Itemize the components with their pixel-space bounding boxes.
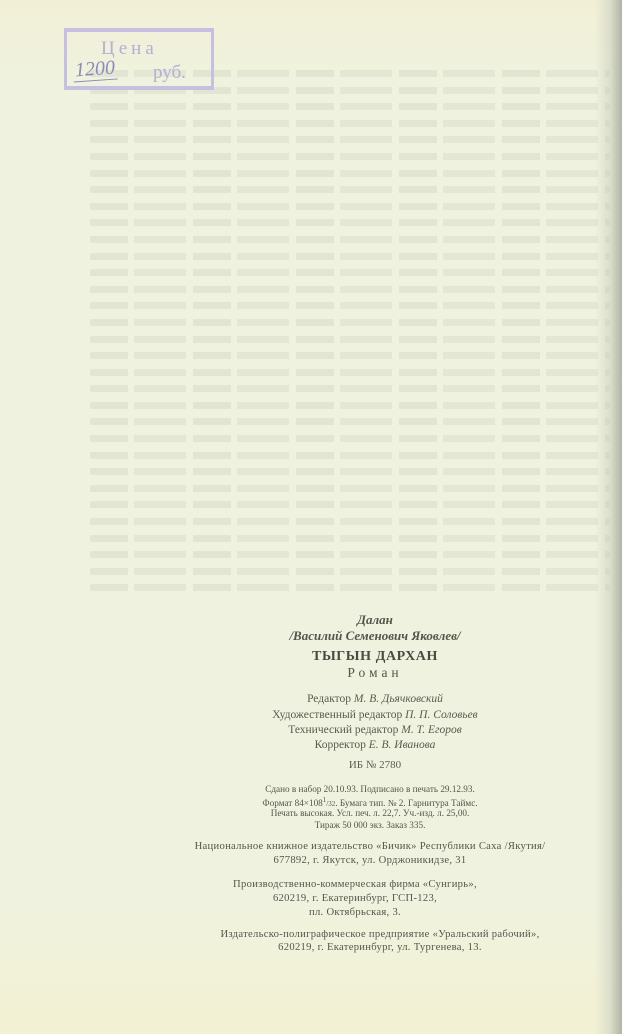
staff-editor: Редактор М. В. Дьячковский xyxy=(120,693,622,705)
printer-name: Издательско-полиграфическое предприятие … xyxy=(110,929,622,940)
staff-name: М. В. Дьячковский xyxy=(354,693,443,705)
book-page: Цена 1200 руб. Далан /Василий Семенович … xyxy=(0,0,622,1034)
author-pseudonym: Далан xyxy=(250,612,500,628)
price-stamp: Цена 1200 руб. xyxy=(64,28,214,90)
staff-name: П. П. Соловьев xyxy=(405,709,478,721)
staff-proofreader: Корректор Е. В. Иванова xyxy=(120,739,622,751)
print-info-format: Формат 84×1081/32. Бумага тип. № 2. Гарн… xyxy=(150,796,590,808)
print-info-run: Тираж 50 000 экз. Заказ 335. xyxy=(150,820,590,830)
printer-address: 620219, г. Екатеринбург, ул. Тургенева, … xyxy=(110,942,622,953)
staff-technical-editor: Технический редактор М. Т. Егоров xyxy=(120,724,622,736)
staff-role: Художественный редактор xyxy=(272,709,402,721)
staff-role: Корректор xyxy=(315,739,366,751)
book-genre: Роман xyxy=(250,665,500,681)
author-realname: /Василий Семенович Яковлев/ xyxy=(250,628,500,644)
publisher-address: 677892, г. Якутск, ул. Орджоникидзе, 31 xyxy=(100,855,622,866)
staff-role: Технический редактор xyxy=(288,724,398,736)
print-info-dates: Сдано в набор 20.10.93. Подписано в печа… xyxy=(150,784,590,794)
staff-art-editor: Художественный редактор П. П. Соловьев xyxy=(120,709,622,721)
staff-role: Редактор xyxy=(307,693,351,705)
stamp-currency: руб. xyxy=(153,62,186,84)
publisher-name: Национальное книжное издательство «Бичик… xyxy=(100,841,622,852)
staff-name: Е. В. Иванова xyxy=(369,739,436,751)
book-title: ТЫГЫН ДАРХАН xyxy=(250,649,500,665)
print-info-sheets: Печать высокая. Усл. печ. л. 22,7. Уч.-и… xyxy=(150,808,590,818)
firm-address: 620219, г. Екатеринбург, ГСП-123, xyxy=(150,893,560,904)
ib-number: ИБ № 2780 xyxy=(250,759,500,771)
firm-name: Производственно-коммерческая фирма «Сунг… xyxy=(150,879,560,890)
reverse-side-show-through xyxy=(90,70,610,630)
stamp-handwritten-price: 1200 xyxy=(72,56,117,82)
firm-address-street: пл. Октябрьская, 3. xyxy=(150,907,560,918)
staff-name: М. Т. Егоров xyxy=(401,724,462,736)
